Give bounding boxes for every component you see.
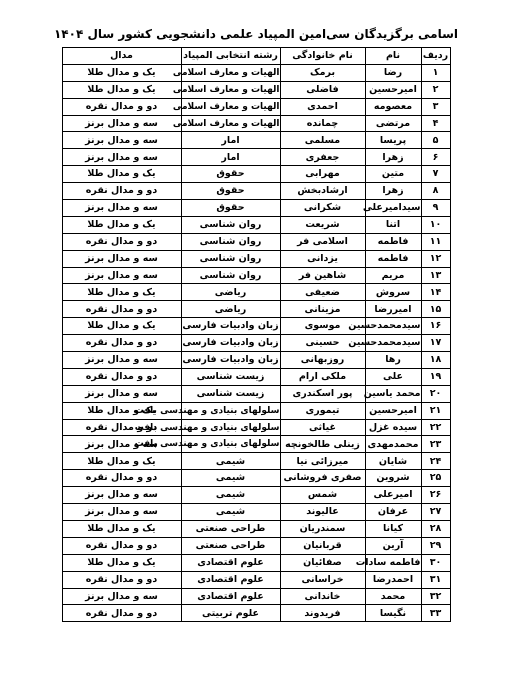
- table-row: ۳۳نگیسافریدوندعلوم تربیتیدو و مدال نقره: [62, 605, 450, 622]
- last-name-cell: میرزائی نیا: [280, 453, 365, 470]
- medal-cell: سه و مدال برنز: [62, 200, 181, 217]
- cell-text: شریعت: [305, 220, 339, 230]
- medal-cell: یک و مدال طلا: [62, 284, 181, 301]
- cell-text: تیموری: [306, 406, 340, 416]
- cell-text: حسینی: [306, 338, 340, 348]
- first-name-cell: متین: [365, 166, 421, 183]
- first-name-cell: محمد یاسین: [365, 385, 421, 402]
- header-row: ردیف نام نام خانوادگی رشته انتخابی المپی…: [62, 48, 450, 65]
- cell-text: شایان: [379, 457, 407, 467]
- cell-text: ۱۳: [430, 271, 442, 281]
- first-name-cell: محمد: [365, 588, 421, 605]
- cell-text: محمد یاسین: [364, 389, 421, 399]
- field-cell: شیمی: [181, 470, 280, 487]
- cell-text: روان شناسی: [200, 254, 262, 264]
- first-name-cell: عرفان: [365, 504, 421, 521]
- first-name-cell: امیرعلی: [365, 487, 421, 504]
- row-number-cell: ۲۴: [421, 453, 450, 470]
- cell-text: غیاثی: [309, 423, 336, 433]
- cell-text: جعفری: [306, 153, 340, 163]
- cell-text: برمک: [310, 68, 335, 78]
- cell-text: مسلمی: [305, 136, 340, 146]
- cell-text: مریم: [382, 271, 405, 281]
- cell-text: شروین: [376, 473, 409, 483]
- row-number-cell: ۲۱: [421, 402, 450, 419]
- cell-text: سروش: [376, 288, 410, 298]
- last-name-cell: شکرانی: [280, 200, 365, 217]
- table-row: ۱۹علیملکی ارامزیست شناسیدو و مدال نقره: [62, 368, 450, 385]
- cell-text: سه و مدال برنز: [85, 592, 158, 602]
- cell-text: سه و مدال برنز: [85, 355, 158, 365]
- first-name-cell: کیانا: [365, 520, 421, 537]
- medal-cell: یک و مدال طلا: [62, 81, 181, 98]
- cell-text: امیرحسین: [369, 85, 417, 95]
- field-cell: روان شناسی: [181, 233, 280, 250]
- first-name-cell: سیدمحمدحسین: [365, 318, 421, 335]
- cell-text: زهرا: [382, 153, 403, 163]
- field-cell: روان شناسی: [181, 216, 280, 233]
- cell-text: ۲۶: [430, 490, 442, 500]
- last-name-cell: شمس: [280, 487, 365, 504]
- table-row: ۳۱احمدرضاخراسانیعلوم اقتصادیدو و مدال نق…: [62, 571, 450, 588]
- table-row: ۱۰اتناشریعتروان شناسییک و مدال طلا: [62, 216, 450, 233]
- cell-text: ۲۸: [430, 524, 442, 534]
- row-number-cell: ۱۲: [421, 250, 450, 267]
- cell-text: شاهین فر: [299, 271, 346, 281]
- table-row: ۱۶سیدمحمدحسینموسویزبان وادبیات فارسییک و…: [62, 318, 450, 335]
- field-cell: طراحی صنعتی: [181, 537, 280, 554]
- last-name-cell: صفری فروشانی: [280, 470, 365, 487]
- cell-text: ۷: [433, 169, 439, 179]
- row-number-cell: ۱۶: [421, 318, 450, 335]
- medal-cell: سه و مدال برنز: [62, 115, 181, 132]
- cell-text: معصومه: [374, 102, 412, 112]
- cell-text: شمس: [308, 490, 337, 500]
- table-row: ۲۲سیده غزلغیاثیسلولهای بنیادی و مهندسی ب…: [62, 419, 450, 436]
- cell-text: زیست شناسی: [197, 372, 265, 382]
- cell-text: روزبهانی: [301, 355, 344, 365]
- cell-text: حقوق: [216, 203, 244, 213]
- table-row: ۳۲محمدخاندانیعلوم اقتصادیسه و مدال برنز: [62, 588, 450, 605]
- cell-text: سه و مدال برنز: [85, 254, 158, 264]
- field-cell: زبان وادبیات فارسی: [181, 318, 280, 335]
- cell-text: مرتضی: [376, 119, 410, 129]
- last-name-cell: چمانده: [280, 115, 365, 132]
- medal-cell: دو و مدال نقره: [62, 183, 181, 200]
- cell-text: علوم اقتصادی: [197, 592, 263, 602]
- cell-text: سیدمحمدحسین: [348, 338, 420, 348]
- last-name-cell: اسلامی فر: [280, 233, 365, 250]
- last-name-cell: عالیوند: [280, 504, 365, 521]
- cell-text: دو و مدال نقره: [86, 609, 157, 619]
- cell-text: ۱۸: [430, 355, 442, 365]
- medal-cell: دو و مدال نقره: [62, 605, 181, 622]
- cell-text: صفری فروشانی: [283, 473, 361, 483]
- first-name-cell: رها: [365, 352, 421, 369]
- medal-cell: دو و مدال نقره: [62, 470, 181, 487]
- medal-cell: یک و مدال طلا: [62, 520, 181, 537]
- first-name-cell: فاطمه سادات: [365, 554, 421, 571]
- cell-text: مهرابی: [305, 169, 340, 179]
- medal-cell: دو و مدال نقره: [62, 537, 181, 554]
- cell-text: ریاضی: [215, 305, 246, 315]
- cell-text: زهرا: [382, 186, 403, 196]
- table-row: ۲۶امیرعلیشمسشیمیسه و مدال برنز: [62, 487, 450, 504]
- cell-text: زبان وادبیات فارسی: [182, 321, 278, 331]
- cell-text: سیدامیرعلی: [363, 203, 421, 213]
- cell-text: یک و مدال طلا: [87, 558, 155, 568]
- last-name-cell: برمک: [280, 64, 365, 81]
- cell-text: امیررضا: [374, 305, 411, 315]
- field-cell: حقوق: [181, 200, 280, 217]
- cell-text: یک و مدال طلا: [87, 68, 155, 78]
- field-cell: سلولهای بنیادی و مهندسی بافت: [181, 436, 280, 453]
- cell-text: ۱۰: [430, 220, 442, 230]
- first-name-cell: احمدرضا: [365, 571, 421, 588]
- field-cell: علوم اقتصادی: [181, 554, 280, 571]
- cell-text: ۳۱: [430, 575, 442, 585]
- cell-text: چمانده: [307, 119, 338, 129]
- last-name-cell: فاضلی: [280, 81, 365, 98]
- row-number-cell: ۳: [421, 98, 450, 115]
- medal-cell: یک و مدال طلا: [62, 318, 181, 335]
- header-medal: مدال: [62, 48, 181, 65]
- table-row: ۲۷عرفانعالیوندشیمیسه و مدال برنز: [62, 504, 450, 521]
- cell-text: فاضلی: [306, 85, 338, 95]
- medal-cell: سه و مدال برنز: [62, 149, 181, 166]
- cell-text: ۲۹: [430, 541, 442, 551]
- field-cell: الهیات و معارف اسلامی: [181, 115, 280, 132]
- first-name-cell: امیررضا: [365, 301, 421, 318]
- cell-text: علوم اقتصادی: [197, 558, 263, 568]
- row-number-cell: ۱۱: [421, 233, 450, 250]
- medal-cell: یک و مدال طلا: [62, 554, 181, 571]
- cell-text: دو و مدال نقره: [86, 575, 157, 585]
- field-cell: حقوق: [181, 166, 280, 183]
- medal-cell: سه و مدال برنز: [62, 504, 181, 521]
- table-row: ۱۸رهاروزبهانیزبان وادبیات فارسیسه و مدال…: [62, 352, 450, 369]
- table-row: ۲امیرحسینفاضلیالهیات و معارف اسلامییک و …: [62, 81, 450, 98]
- cell-text: قربانیان: [303, 541, 341, 551]
- header-last-name: نام خانوادگی: [280, 48, 365, 65]
- cell-text: امار: [221, 136, 239, 146]
- row-number-cell: ۹: [421, 200, 450, 217]
- first-name-cell: زهرا: [365, 183, 421, 200]
- first-name-cell: نگیسا: [365, 605, 421, 622]
- last-name-cell: احمدی: [280, 98, 365, 115]
- cell-text: یک و مدال طلا: [87, 288, 155, 298]
- cell-text: موسوی: [305, 321, 341, 331]
- cell-text: یک و مدال طلا: [87, 321, 155, 331]
- cell-text: ۲۱: [430, 406, 442, 416]
- cell-text: امیرعلی: [374, 490, 413, 500]
- medal-cell: یک و مدال طلا: [62, 64, 181, 81]
- cell-text: ریاضی: [215, 288, 246, 298]
- row-number-cell: ۳۲: [421, 588, 450, 605]
- field-cell: زبان وادبیات فارسی: [181, 335, 280, 352]
- first-name-cell: شایان: [365, 453, 421, 470]
- table-row: ۱۴سروشضعیفیریاضییک و مدال طلا: [62, 284, 450, 301]
- last-name-cell: غیاثی: [280, 419, 365, 436]
- cell-text: آرین: [383, 541, 404, 551]
- cell-text: ۴: [433, 119, 439, 129]
- field-cell: شیمی: [181, 453, 280, 470]
- last-name-cell: سمندریان: [280, 520, 365, 537]
- table-row: ۱رضابرمکالهیات و معارف اسلامییک و مدال ط…: [62, 64, 450, 81]
- row-number-cell: ۱۵: [421, 301, 450, 318]
- cell-text: ۹: [433, 203, 439, 213]
- cell-text: ۱۱: [430, 237, 442, 247]
- table-row: ۸زهراارشادبخشحقوقدو و مدال نقره: [62, 183, 450, 200]
- cell-text: محمدمهدی: [368, 440, 419, 450]
- cell-text: سه و مدال برنز: [85, 136, 158, 146]
- last-name-cell: یزدانی: [280, 250, 365, 267]
- cell-text: ۱۷: [430, 338, 442, 348]
- last-name-cell: جعفری: [280, 149, 365, 166]
- row-number-cell: ۱۷: [421, 335, 450, 352]
- field-cell: روان شناسی: [181, 267, 280, 284]
- medal-cell: سه و مدال برنز: [62, 352, 181, 369]
- cell-text: یک و مدال طلا: [87, 406, 155, 416]
- cell-text: حقوق: [216, 186, 244, 196]
- row-number-cell: ۱۴: [421, 284, 450, 301]
- cell-text: ۳: [433, 102, 439, 112]
- table-row: ۲۰محمد یاسینپور اسکندریزیست شناسیسه و مد…: [62, 385, 450, 402]
- row-number-cell: ۲۰: [421, 385, 450, 402]
- cell-text: ملکی ارام: [299, 372, 346, 382]
- last-name-cell: مزینانی: [280, 301, 365, 318]
- row-number-cell: ۳۱: [421, 571, 450, 588]
- table-header: ردیف نام نام خانوادگی رشته انتخابی المپی…: [62, 48, 450, 65]
- field-cell: حقوق: [181, 183, 280, 200]
- cell-text: الهیات و معارف اسلامی: [173, 120, 280, 129]
- cell-text: ۲۲: [430, 423, 442, 433]
- cell-text: زبان وادبیات فارسی: [182, 338, 278, 348]
- cell-text: سیدمحمدحسین: [348, 321, 420, 331]
- row-number-cell: ۲۵: [421, 470, 450, 487]
- cell-text: اتنا: [386, 220, 400, 230]
- medal-cell: سه و مدال برنز: [62, 267, 181, 284]
- cell-text: روان شناسی: [200, 271, 262, 281]
- field-cell: علوم اقتصادی: [181, 588, 280, 605]
- cell-text: علی: [383, 372, 403, 382]
- table-row: ۲۴شایانمیرزائی نیاشیمییک و مدال طلا: [62, 453, 450, 470]
- cell-text: زبان وادبیات فارسی: [182, 355, 278, 365]
- medal-cell: دو و مدال نقره: [62, 233, 181, 250]
- last-name-cell: شریعت: [280, 216, 365, 233]
- header-olympiad-field: رشته انتخابی المپیاد: [181, 48, 280, 65]
- cell-text: سه و مدال برنز: [85, 271, 158, 281]
- cell-text: علوم اقتصادی: [197, 575, 263, 585]
- cell-text: عرفان: [378, 507, 408, 517]
- cell-text: یک و مدال طلا: [87, 169, 155, 179]
- field-cell: شیمی: [181, 487, 280, 504]
- cell-text: طراحی صنعتی: [196, 541, 266, 551]
- first-name-cell: سیدامیرعلی: [365, 200, 421, 217]
- cell-text: احمدی: [307, 102, 338, 112]
- last-name-cell: مهرابی: [280, 166, 365, 183]
- first-name-cell: پریسا: [365, 132, 421, 149]
- medal-cell: سه و مدال برنز: [62, 487, 181, 504]
- last-name-cell: زینلی طالخونچه: [280, 436, 365, 453]
- row-number-cell: ۶: [421, 149, 450, 166]
- first-name-cell: مرتضی: [365, 115, 421, 132]
- cell-text: ۳۳: [430, 609, 442, 619]
- last-name-cell: ارشادبخش: [280, 183, 365, 200]
- last-name-cell: خاندانی: [280, 588, 365, 605]
- cell-text: ۳۲: [430, 592, 442, 602]
- table-row: ۱۷سیدمحمدحسینحسینیزبان وادبیات فارسیدو و…: [62, 335, 450, 352]
- cell-text: ۱۵: [430, 305, 442, 315]
- field-cell: طراحی صنعتی: [181, 520, 280, 537]
- table-row: ۱۲فاطمهیزدانیروان شناسیسه و مدال برنز: [62, 250, 450, 267]
- field-cell: روان شناسی: [181, 250, 280, 267]
- row-number-cell: ۲۹: [421, 537, 450, 554]
- table-row: ۳۰فاطمه ساداتصفائیانعلوم اقتصادییک و مدا…: [62, 554, 450, 571]
- cell-text: سه و مدال برنز: [85, 440, 158, 450]
- row-number-cell: ۲۲: [421, 419, 450, 436]
- table-row: ۹سیدامیرعلیشکرانیحقوقسه و مدال برنز: [62, 200, 450, 217]
- cell-text: یزدانی: [307, 254, 338, 264]
- cell-text: نگیسا: [380, 609, 406, 619]
- table-row: ۷متینمهرابیحقوقیک و مدال طلا: [62, 166, 450, 183]
- cell-text: ضعیفی: [305, 288, 340, 298]
- last-name-cell: قربانیان: [280, 537, 365, 554]
- last-name-cell: خراسانی: [280, 571, 365, 588]
- row-number-cell: ۲۳: [421, 436, 450, 453]
- first-name-cell: علی: [365, 368, 421, 385]
- cell-text: علوم تربیتی: [202, 609, 259, 619]
- cell-text: فاطمه سادات: [356, 558, 421, 568]
- field-cell: علوم تربیتی: [181, 605, 280, 622]
- cell-text: یک و مدال طلا: [87, 220, 155, 230]
- cell-text: ۳۰: [430, 558, 442, 568]
- cell-text: الهیات و معارف اسلامی: [173, 86, 280, 95]
- last-name-cell: صفائیان: [280, 554, 365, 571]
- cell-text: سلولهای بنیادی و مهندسی بافت: [135, 407, 280, 416]
- first-name-cell: مریم: [365, 267, 421, 284]
- cell-text: شکرانی: [304, 203, 341, 213]
- cell-text: محمد: [381, 592, 406, 602]
- row-number-cell: ۱۹: [421, 368, 450, 385]
- row-number-cell: ۲: [421, 81, 450, 98]
- row-number-cell: ۳۳: [421, 605, 450, 622]
- table-row: ۲۸کیاناسمندریانطراحی صنعتییک و مدال طلا: [62, 520, 450, 537]
- document-page: اسامی برگزیدگان سی‌امین المپیاد علمی دان…: [0, 0, 512, 700]
- first-name-cell: امیرحسین: [365, 402, 421, 419]
- first-name-cell: محمدمهدی: [365, 436, 421, 453]
- field-cell: ریاضی: [181, 284, 280, 301]
- first-name-cell: امیرحسین: [365, 81, 421, 98]
- cell-text: شیمی: [216, 457, 245, 467]
- header-first-name: نام: [365, 48, 421, 65]
- cell-text: دو و مدال نقره: [86, 305, 157, 315]
- medal-cell: یک و مدال طلا: [62, 453, 181, 470]
- table-row: ۱۱فاطمهاسلامی فرروان شناسیدو و مدال نقره: [62, 233, 450, 250]
- medal-cell: سه و مدال برنز: [62, 588, 181, 605]
- last-name-cell: ضعیفی: [280, 284, 365, 301]
- header-row-number: ردیف: [421, 48, 450, 65]
- cell-text: فریدوند: [304, 609, 340, 619]
- field-cell: الهیات و معارف اسلامی: [181, 98, 280, 115]
- cell-text: ۱: [433, 68, 439, 78]
- table-row: ۳معصومهاحمدیالهیات و معارف اسلامیدو و مد…: [62, 98, 450, 115]
- cell-text: کیانا: [383, 524, 403, 534]
- cell-text: دو و مدال نقره: [86, 186, 157, 196]
- last-name-cell: شاهین فر: [280, 267, 365, 284]
- cell-text: سه و مدال برنز: [85, 153, 158, 163]
- medal-cell: دو و مدال نقره: [62, 301, 181, 318]
- cell-text: پریسا: [380, 136, 406, 146]
- cell-text: ۲۰: [430, 389, 442, 399]
- cell-text: متین: [382, 169, 404, 179]
- cell-text: ۸: [433, 186, 439, 196]
- cell-text: دو و مدال نقره: [86, 423, 157, 433]
- cell-text: ۲۷: [430, 507, 442, 517]
- cell-text: خاندانی: [305, 592, 341, 602]
- cell-text: یک و مدال طلا: [87, 85, 155, 95]
- field-cell: الهیات و معارف اسلامی: [181, 64, 280, 81]
- row-number-cell: ۱۸: [421, 352, 450, 369]
- cell-text: شیمی: [216, 490, 245, 500]
- cell-text: سه و مدال برنز: [85, 389, 158, 399]
- medal-cell: دو و مدال نقره: [62, 98, 181, 115]
- cell-text: امار: [221, 153, 239, 163]
- field-cell: ریاضی: [181, 301, 280, 318]
- field-cell: الهیات و معارف اسلامی: [181, 81, 280, 98]
- first-name-cell: شروین: [365, 470, 421, 487]
- page-title: اسامی برگزیدگان سی‌امین المپیاد علمی دان…: [0, 0, 512, 41]
- field-cell: علوم اقتصادی: [181, 571, 280, 588]
- cell-text: ۱۶: [430, 321, 442, 331]
- medal-cell: دو و مدال نقره: [62, 335, 181, 352]
- cell-text: عالیوند: [306, 507, 339, 517]
- row-number-cell: ۲۶: [421, 487, 450, 504]
- first-name-cell: سروش: [365, 284, 421, 301]
- cell-text: دو و مدال نقره: [86, 237, 157, 247]
- medal-cell: دو و مدال نقره: [62, 571, 181, 588]
- first-name-cell: سیده غزل: [365, 419, 421, 436]
- cell-text: ۶: [433, 153, 439, 163]
- cell-text: حقوق: [216, 169, 244, 179]
- cell-text: احمدرضا: [373, 575, 413, 585]
- cell-text: ۲۳: [430, 440, 442, 450]
- row-number-cell: ۲۷: [421, 504, 450, 521]
- cell-text: رها: [385, 355, 401, 365]
- cell-text: صفائیان: [303, 558, 342, 568]
- cell-text: طراحی صنعتی: [196, 524, 266, 534]
- cell-text: سه و مدال برنز: [85, 507, 158, 517]
- table-body: ۱رضابرمکالهیات و معارف اسلامییک و مدال ط…: [62, 64, 450, 621]
- cell-text: ۲: [433, 85, 439, 95]
- cell-text: ۱۲: [430, 254, 442, 264]
- table-row: ۱۳مریمشاهین فرروان شناسیسه و مدال برنز: [62, 267, 450, 284]
- cell-text: فاطمه: [378, 254, 409, 264]
- field-cell: سلولهای بنیادی و مهندسی بافت: [181, 419, 280, 436]
- cell-text: ۱۴: [430, 288, 442, 298]
- cell-text: سیده غزل: [369, 423, 417, 433]
- cell-text: دو و مدال نقره: [86, 338, 157, 348]
- row-number-cell: ۱۰: [421, 216, 450, 233]
- field-cell: زیست شناسی: [181, 368, 280, 385]
- cell-text: ۲۵: [430, 473, 442, 483]
- field-cell: امار: [181, 132, 280, 149]
- field-cell: زیست شناسی: [181, 385, 280, 402]
- medal-cell: یک و مدال طلا: [62, 216, 181, 233]
- medal-cell: سه و مدال برنز: [62, 250, 181, 267]
- cell-text: سه و مدال برنز: [85, 203, 158, 213]
- row-number-cell: ۲۸: [421, 520, 450, 537]
